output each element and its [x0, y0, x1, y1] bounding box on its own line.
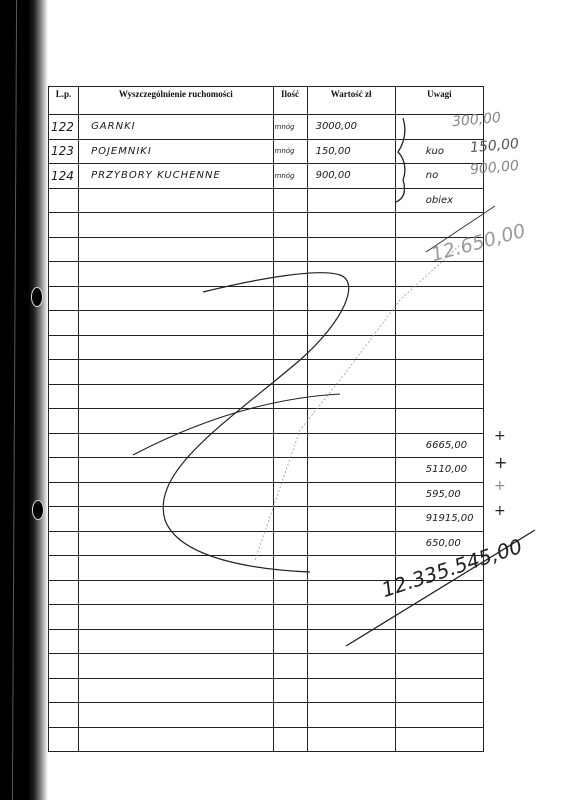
row-item-name: [79, 727, 273, 752]
row-value: [307, 507, 395, 532]
row-item-name: [79, 384, 273, 409]
row-lp: [49, 507, 79, 532]
table-row: 122GARNKImnóg3000,00: [49, 115, 484, 140]
row-quantity: mnóg: [273, 115, 307, 140]
row-lp: [49, 335, 79, 360]
table-header-row: L.p. Wyszczególnienie ruchomości Ilość W…: [49, 87, 484, 115]
row-quantity: [273, 188, 307, 213]
row-value: [307, 384, 395, 409]
table-row: [49, 727, 484, 752]
row-value: [307, 629, 395, 654]
table-row: [49, 678, 484, 703]
row-value: [307, 654, 395, 679]
row-item-name: [79, 556, 273, 581]
header-item-description: Wyszczególnienie ruchomości: [79, 87, 273, 115]
row-quantity: [273, 507, 307, 532]
row-lp: [49, 556, 79, 581]
row-note: 91915,00: [395, 507, 483, 532]
table-row: [49, 605, 484, 630]
row-value: [307, 311, 395, 336]
row-note: 595,00: [395, 482, 483, 507]
row-lp: [49, 286, 79, 311]
row-note: 6665,00: [395, 433, 483, 458]
row-lp: [49, 262, 79, 287]
row-lp: 123: [49, 139, 79, 164]
row-lp: [49, 458, 79, 483]
row-quantity: [273, 629, 307, 654]
row-note: [395, 605, 483, 630]
row-item-name: [79, 237, 273, 262]
row-item-name: [79, 286, 273, 311]
row-item-name: POJEMNIKI: [79, 139, 273, 164]
margin-amount: 150,00: [469, 136, 519, 156]
table-body: 122GARNKImnóg3000,00123POJEMNIKImnóg150,…: [49, 115, 484, 752]
row-item-name: [79, 311, 273, 336]
row-value: 3000,00: [307, 115, 395, 140]
row-value: [307, 556, 395, 581]
row-quantity: [273, 433, 307, 458]
row-quantity: [273, 360, 307, 385]
row-item-name: [79, 507, 273, 532]
table-row: obiex: [49, 188, 484, 213]
row-quantity: [273, 262, 307, 287]
row-note: [395, 409, 483, 434]
row-value: [307, 703, 395, 728]
row-value: [307, 433, 395, 458]
row-lp: [49, 727, 79, 752]
row-quantity: [273, 311, 307, 336]
row-item-name: [79, 629, 273, 654]
row-note: [395, 678, 483, 703]
row-quantity: [273, 605, 307, 630]
row-note: [395, 262, 483, 287]
header-notes: Uwagi: [395, 87, 483, 115]
row-value: [307, 727, 395, 752]
margin-amount: 900,00: [469, 158, 519, 178]
table-row: [49, 384, 484, 409]
row-item-name: [79, 703, 273, 728]
row-quantity: [273, 213, 307, 238]
row-lp: [49, 580, 79, 605]
table-row: [49, 335, 484, 360]
row-item-name: [79, 213, 273, 238]
row-lp: [49, 433, 79, 458]
row-item-name: [79, 605, 273, 630]
inventory-table: L.p. Wyszczególnienie ruchomości Ilość W…: [48, 86, 484, 752]
row-lp: 124: [49, 164, 79, 189]
row-quantity: [273, 335, 307, 360]
row-lp: 122: [49, 115, 79, 140]
row-note: [395, 286, 483, 311]
row-lp: [49, 311, 79, 336]
row-lp: [49, 605, 79, 630]
row-lp: [49, 531, 79, 556]
row-lp: [49, 213, 79, 238]
row-quantity: [273, 409, 307, 434]
row-value: [307, 335, 395, 360]
row-item-name: [79, 482, 273, 507]
table-row: 5110,00: [49, 458, 484, 483]
row-value: [307, 409, 395, 434]
row-quantity: [273, 237, 307, 262]
row-lp: [49, 703, 79, 728]
row-quantity: [273, 556, 307, 581]
row-quantity: [273, 531, 307, 556]
row-value: [307, 262, 395, 287]
header-value: Wartość zł: [307, 87, 395, 115]
margin-amount: 300,00: [451, 110, 501, 130]
row-note: [395, 703, 483, 728]
row-item-name: [79, 188, 273, 213]
row-lp: [49, 237, 79, 262]
plus-mark: +: [494, 453, 507, 472]
row-note: [395, 384, 483, 409]
row-quantity: [273, 654, 307, 679]
row-quantity: [273, 482, 307, 507]
table-row: [49, 286, 484, 311]
row-item-name: [79, 360, 273, 385]
table-row: [49, 703, 484, 728]
row-quantity: [273, 286, 307, 311]
row-quantity: mnóg: [273, 164, 307, 189]
row-lp: [49, 678, 79, 703]
table-row: 650,00: [49, 531, 484, 556]
row-quantity: [273, 580, 307, 605]
row-item-name: [79, 409, 273, 434]
row-lp: [49, 384, 79, 409]
table-row: [49, 213, 484, 238]
row-item-name: [79, 335, 273, 360]
row-item-name: GARNKI: [79, 115, 273, 140]
table-row: [49, 311, 484, 336]
row-lp: [49, 188, 79, 213]
row-note: [395, 629, 483, 654]
row-item-name: PRZYBORY KUCHENNE: [79, 164, 273, 189]
row-lp: [49, 409, 79, 434]
table-row: [49, 360, 484, 385]
row-item-name: [79, 458, 273, 483]
row-quantity: [273, 727, 307, 752]
row-note: [395, 360, 483, 385]
row-note: [395, 311, 483, 336]
row-value: [307, 286, 395, 311]
row-lp: [49, 360, 79, 385]
row-note: [395, 654, 483, 679]
row-value: [307, 213, 395, 238]
row-quantity: mnóg: [273, 139, 307, 164]
row-note: [395, 727, 483, 752]
row-value: [307, 482, 395, 507]
plus-mark: +: [494, 428, 506, 444]
plus-mark: +: [494, 503, 506, 519]
table-row: 6665,00: [49, 433, 484, 458]
row-lp: [49, 482, 79, 507]
table-row: [49, 262, 484, 287]
table-row: [49, 654, 484, 679]
table-row: 91915,00: [49, 507, 484, 532]
row-quantity: [273, 678, 307, 703]
plus-mark: +: [494, 478, 506, 494]
row-note: [395, 335, 483, 360]
row-value: [307, 458, 395, 483]
table-row: [49, 629, 484, 654]
row-note: obiex: [395, 188, 483, 213]
row-value: 900,00: [307, 164, 395, 189]
punch-hole: [31, 287, 43, 307]
row-value: [307, 360, 395, 385]
table-row: 123POJEMNIKImnóg150,00kuo: [49, 139, 484, 164]
row-quantity: [273, 703, 307, 728]
row-item-name: [79, 531, 273, 556]
row-lp: [49, 629, 79, 654]
row-item-name: [79, 678, 273, 703]
row-item-name: [79, 433, 273, 458]
header-quantity: Ilość: [273, 87, 307, 115]
punch-hole: [32, 500, 44, 520]
row-item-name: [79, 262, 273, 287]
row-item-name: [79, 580, 273, 605]
table-row: [49, 237, 484, 262]
row-value: [307, 531, 395, 556]
row-value: 150,00: [307, 139, 395, 164]
row-item-name: [79, 654, 273, 679]
header-lp: L.p.: [49, 87, 79, 115]
row-quantity: [273, 384, 307, 409]
row-lp: [49, 654, 79, 679]
scan-shadow-edge: [0, 0, 48, 800]
row-value: [307, 188, 395, 213]
table-row: [49, 409, 484, 434]
row-value: [307, 678, 395, 703]
table-row: 124PRZYBORY KUCHENNEmnóg900,00no: [49, 164, 484, 189]
row-quantity: [273, 458, 307, 483]
row-note: 5110,00: [395, 458, 483, 483]
table-row: 595,00: [49, 482, 484, 507]
row-value: [307, 605, 395, 630]
row-value: [307, 237, 395, 262]
